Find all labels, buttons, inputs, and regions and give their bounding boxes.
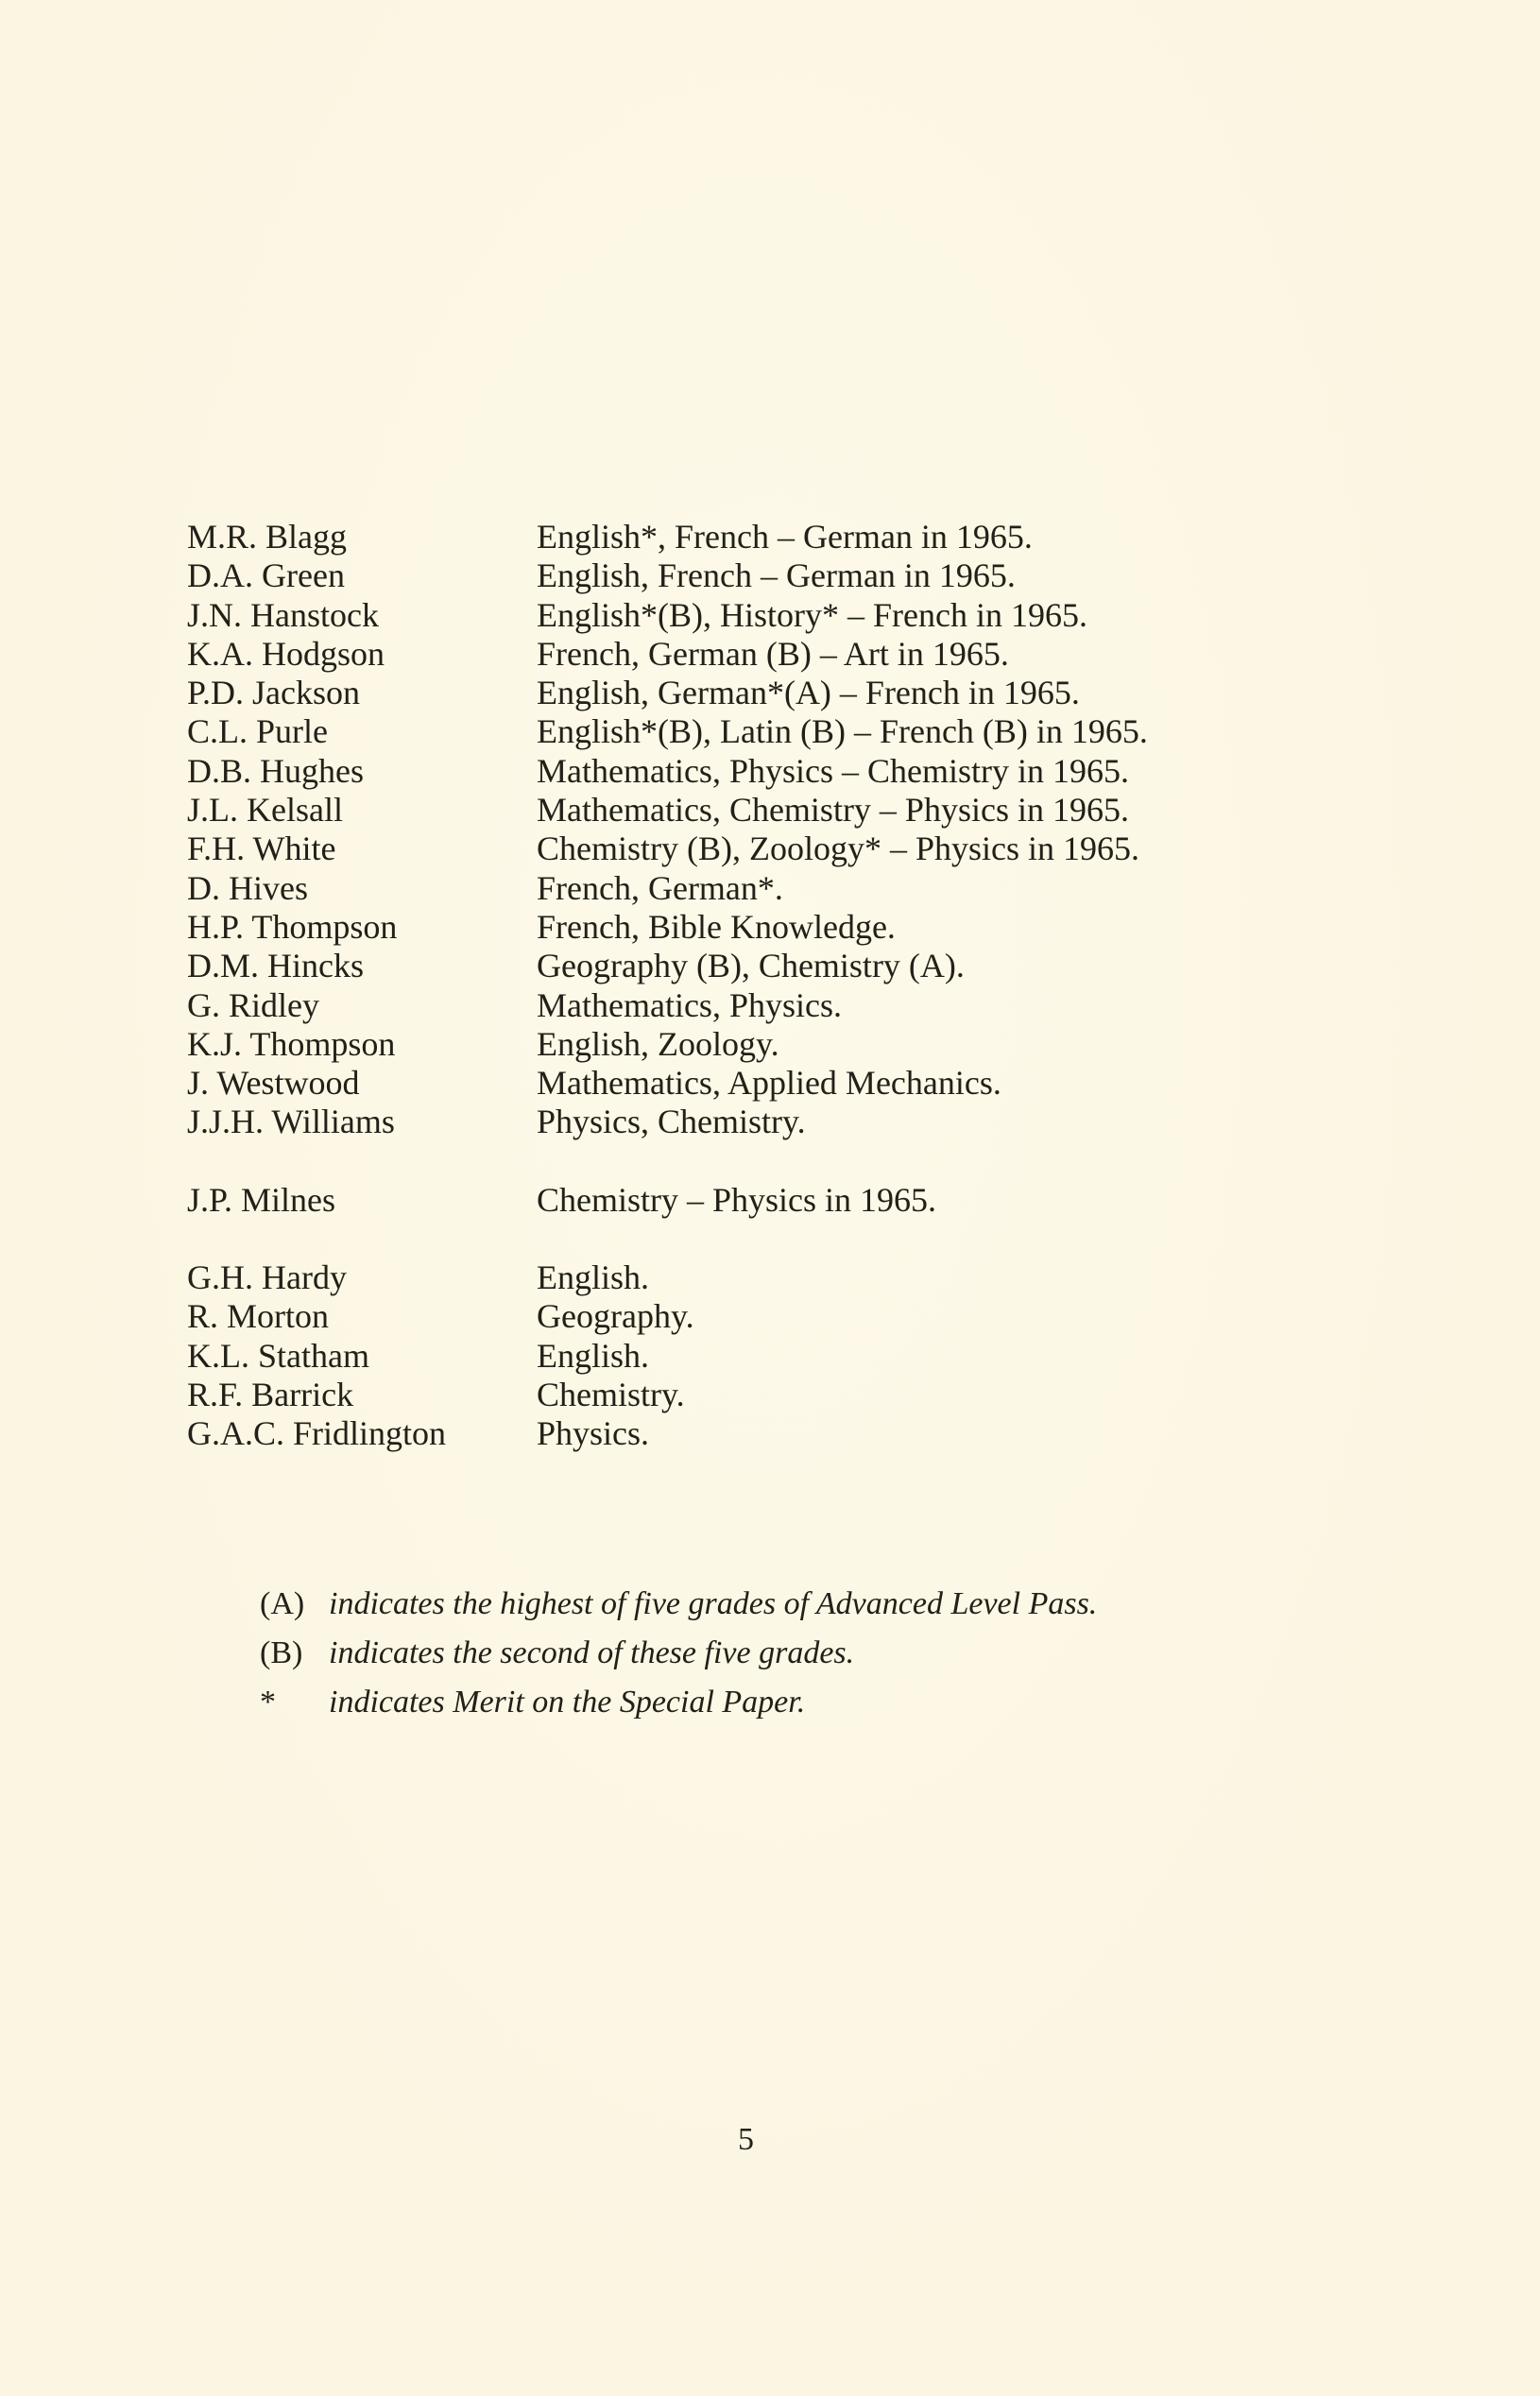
subjects: French, German*. bbox=[537, 869, 783, 908]
subjects: English. bbox=[537, 1337, 649, 1376]
page-number: 5 bbox=[738, 2122, 754, 2158]
student-name: M.R. Blagg bbox=[187, 518, 537, 556]
result-row: K.J. ThompsonEnglish, Zoology. bbox=[187, 1025, 1148, 1064]
subjects: Chemistry (B), Zoology* – Physics in 196… bbox=[537, 830, 1139, 868]
student-name: D.A. Green bbox=[187, 556, 537, 595]
subjects: Mathematics, Physics. bbox=[537, 986, 842, 1025]
student-name: K.L. Statham bbox=[187, 1337, 537, 1376]
student-name: G. Ridley bbox=[187, 986, 537, 1025]
results-group-3: G.H. HardyEnglish. R. MortonGeography. K… bbox=[187, 1258, 1148, 1453]
result-row: G. RidleyMathematics, Physics. bbox=[187, 986, 1148, 1025]
student-name: D. Hives bbox=[187, 869, 537, 908]
subjects: Physics, Chemistry. bbox=[537, 1103, 806, 1141]
subjects: French, German (B) – Art in 1965. bbox=[537, 635, 1009, 674]
student-name: K.A. Hodgson bbox=[187, 635, 537, 674]
student-name: R.F. Barrick bbox=[187, 1376, 537, 1414]
results-group-1: M.R. BlaggEnglish*, French – German in 1… bbox=[187, 518, 1148, 1142]
asterisk-icon: * bbox=[260, 1678, 329, 1727]
subjects: Geography. bbox=[537, 1297, 694, 1336]
student-name: G.H. Hardy bbox=[187, 1258, 537, 1297]
subjects: Chemistry – Physics in 1965. bbox=[537, 1181, 936, 1220]
results-list: M.R. BlaggEnglish*, French – German in 1… bbox=[187, 518, 1148, 1454]
result-row: D.M. HincksGeography (B), Chemistry (A). bbox=[187, 947, 1148, 985]
subjects: Mathematics, Physics – Chemistry in 1965… bbox=[537, 752, 1129, 791]
result-row: H.P. ThompsonFrench, Bible Knowledge. bbox=[187, 908, 1148, 947]
legend-text: indicates the highest of five grades of … bbox=[329, 1580, 1097, 1629]
result-row: J.L. KelsallMathematics, Chemistry – Phy… bbox=[187, 791, 1148, 830]
subjects: English. bbox=[537, 1258, 649, 1297]
result-row: D. HivesFrench, German*. bbox=[187, 869, 1148, 908]
subjects: English, Zoology. bbox=[537, 1025, 779, 1064]
student-name: D.M. Hincks bbox=[187, 947, 537, 985]
legend-text: indicates the second of these five grade… bbox=[329, 1629, 854, 1678]
student-name: H.P. Thompson bbox=[187, 908, 537, 947]
student-name: J.L. Kelsall bbox=[187, 791, 537, 830]
legend-key: (A) bbox=[260, 1580, 329, 1629]
student-name: G.A.C. Fridlington bbox=[187, 1414, 537, 1453]
student-name: J.N. Hanstock bbox=[187, 596, 537, 635]
subjects: English, French – German in 1965. bbox=[537, 556, 1016, 595]
result-row: K.L. StathamEnglish. bbox=[187, 1337, 1148, 1376]
result-row: K.A. HodgsonFrench, German (B) – Art in … bbox=[187, 635, 1148, 674]
result-row: J.J.H. WilliamsPhysics, Chemistry. bbox=[187, 1103, 1148, 1141]
result-row: J.P. MilnesChemistry – Physics in 1965. bbox=[187, 1181, 1148, 1220]
subjects: Physics. bbox=[537, 1414, 649, 1453]
subjects: Mathematics, Applied Mechanics. bbox=[537, 1064, 1001, 1103]
subjects: English, German*(A) – French in 1965. bbox=[537, 674, 1080, 712]
subjects: English*, French – German in 1965. bbox=[537, 518, 1033, 556]
legend-item-b: (B) indicates the second of these five g… bbox=[260, 1629, 1097, 1678]
result-row: R.F. BarrickChemistry. bbox=[187, 1376, 1148, 1414]
subjects: English*(B), History* – French in 1965. bbox=[537, 596, 1087, 635]
result-row: F.H. WhiteChemistry (B), Zoology* – Phys… bbox=[187, 830, 1148, 868]
student-name: F.H. White bbox=[187, 830, 537, 868]
student-name: K.J. Thompson bbox=[187, 1025, 537, 1064]
result-row: D.B. HughesMathematics, Physics – Chemis… bbox=[187, 752, 1148, 791]
student-name: R. Morton bbox=[187, 1297, 537, 1336]
student-name: P.D. Jackson bbox=[187, 674, 537, 712]
subjects: French, Bible Knowledge. bbox=[537, 908, 896, 947]
legend-item-merit: * indicates Merit on the Special Paper. bbox=[260, 1678, 1097, 1727]
result-row: J. WestwoodMathematics, Applied Mechanic… bbox=[187, 1064, 1148, 1103]
result-row: D.A. GreenEnglish, French – German in 19… bbox=[187, 556, 1148, 595]
student-name: C.L. Purle bbox=[187, 712, 537, 751]
subjects: Geography (B), Chemistry (A). bbox=[537, 947, 965, 985]
document-page: M.R. BlaggEnglish*, French – German in 1… bbox=[0, 0, 1540, 2396]
legend-item-a: (A) indicates the highest of five grades… bbox=[260, 1580, 1097, 1629]
result-row: C.L. PurleEnglish*(B), Latin (B) – Frenc… bbox=[187, 712, 1148, 751]
result-row: M.R. BlaggEnglish*, French – German in 1… bbox=[187, 518, 1148, 556]
result-row: R. MortonGeography. bbox=[187, 1297, 1148, 1336]
student-name: J. Westwood bbox=[187, 1064, 537, 1103]
legend-text: indicates Merit on the Special Paper. bbox=[329, 1678, 805, 1727]
result-row: J.N. HanstockEnglish*(B), History* – Fre… bbox=[187, 596, 1148, 635]
student-name: J.J.H. Williams bbox=[187, 1103, 537, 1141]
student-name: J.P. Milnes bbox=[187, 1181, 537, 1220]
subjects: Mathematics, Chemistry – Physics in 1965… bbox=[537, 791, 1129, 830]
result-row: G.A.C. FridlingtonPhysics. bbox=[187, 1414, 1148, 1453]
student-name: D.B. Hughes bbox=[187, 752, 537, 791]
results-group-2: J.P. MilnesChemistry – Physics in 1965. bbox=[187, 1181, 1148, 1220]
legend-key: (B) bbox=[260, 1629, 329, 1678]
result-row: G.H. HardyEnglish. bbox=[187, 1258, 1148, 1297]
grade-legend: (A) indicates the highest of five grades… bbox=[260, 1580, 1097, 1727]
subjects: English*(B), Latin (B) – French (B) in 1… bbox=[537, 712, 1148, 751]
result-row: P.D. JacksonEnglish, German*(A) – French… bbox=[187, 674, 1148, 712]
subjects: Chemistry. bbox=[537, 1376, 685, 1414]
